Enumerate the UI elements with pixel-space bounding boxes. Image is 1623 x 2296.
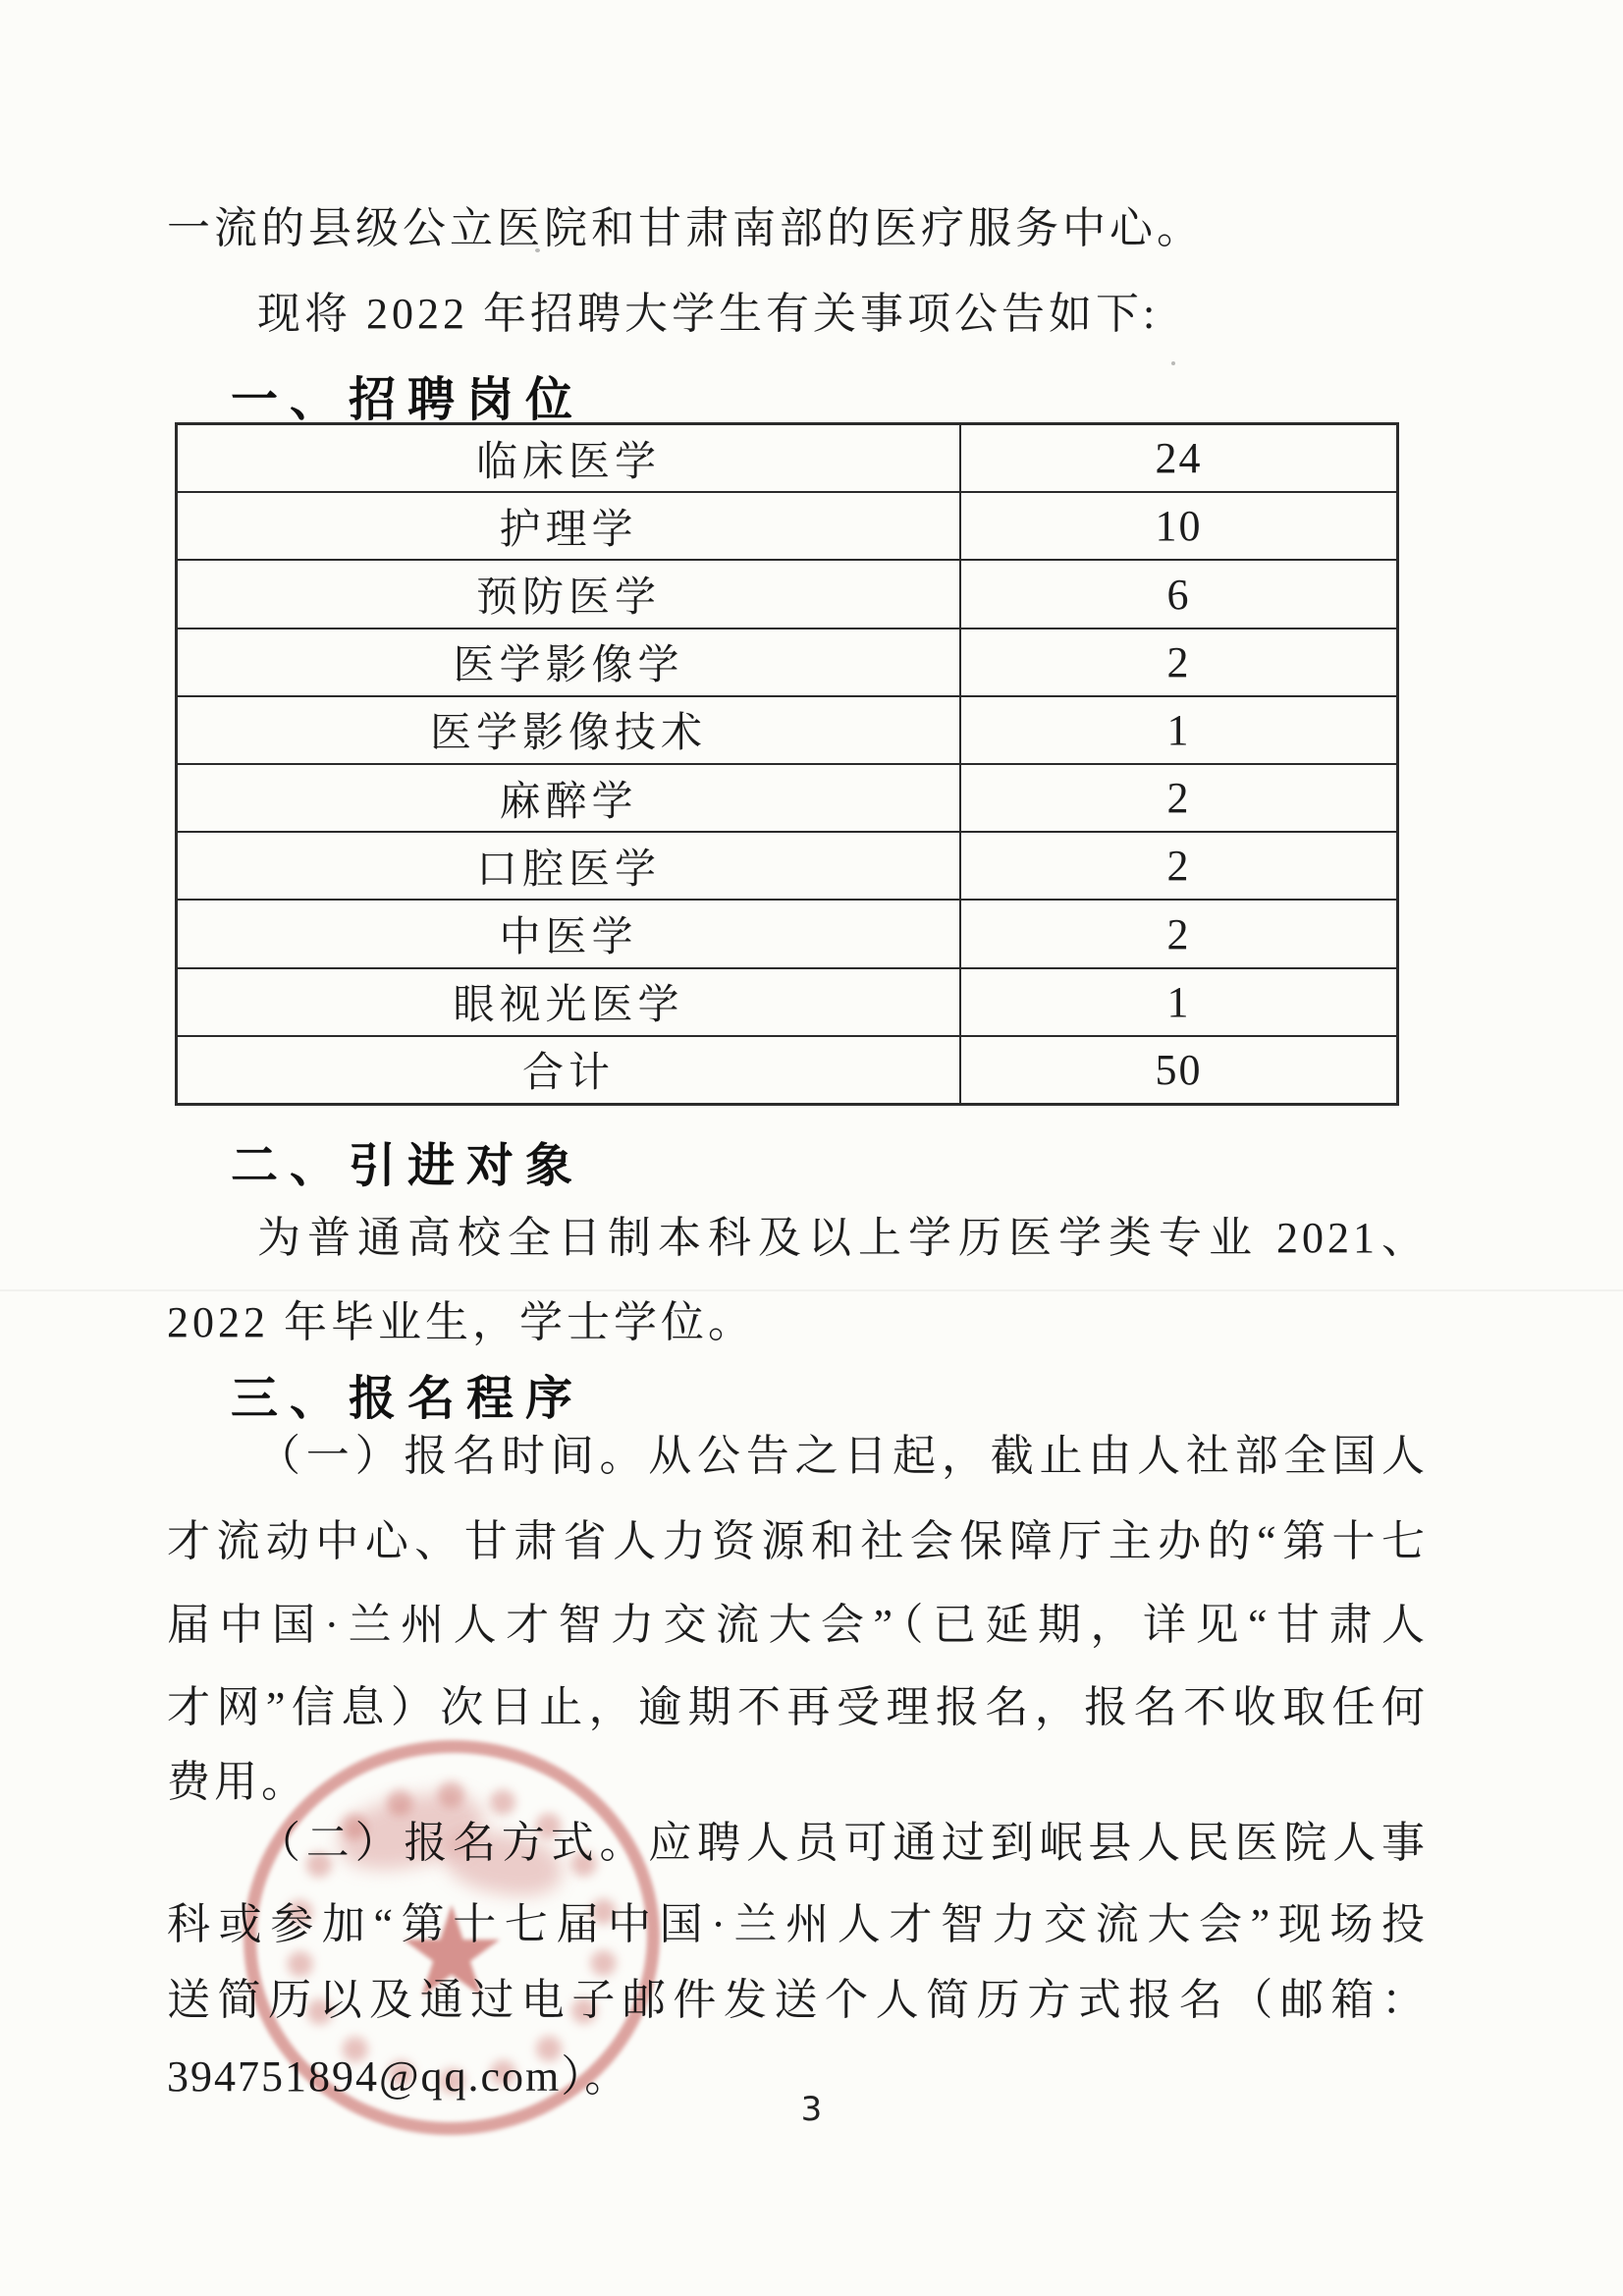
- table-row: 中医学 2: [178, 899, 1396, 966]
- para1-line-2: 才流动中心、甘肃省人力资源和社会保障厅主办的“第十七: [167, 1517, 1429, 1567]
- major-cell: 护理学: [178, 493, 961, 559]
- table-row: 眼视光医学 1: [178, 967, 1396, 1035]
- count-cell: 2: [961, 629, 1396, 695]
- major-cell: 临床医学: [178, 425, 961, 491]
- recruitment-positions-table: 临床医学 24 护理学 10 预防医学 6 医学影像学 2 医学影像技术 1 麻…: [175, 422, 1399, 1106]
- table-row: 麻醉学 2: [178, 763, 1396, 831]
- page-number: 3: [0, 2090, 1623, 2129]
- table-row: 临床医学 24: [178, 425, 1396, 491]
- major-cell: 口腔医学: [178, 833, 961, 899]
- major-cell: 合计: [178, 1037, 961, 1103]
- scan-speck: [535, 248, 540, 252]
- section2-line-1: 为普通高校全日制本科及以上学历医学类专业 2021、: [167, 1214, 1429, 1264]
- section-heading-recruitment-positions: 一、招聘岗位: [231, 361, 584, 429]
- para1-line-5: 费用。: [167, 1758, 1429, 1808]
- intro-line-2: 现将 2022 年招聘大学生有关事项公告如下:: [167, 290, 1429, 340]
- major-cell: 中医学: [178, 901, 961, 966]
- section-heading-target-candidates: 二、引进对象: [231, 1127, 584, 1195]
- scan-artifact-line: [0, 1289, 1623, 1291]
- count-cell: 1: [961, 697, 1396, 763]
- para1-line-4: 才网”信息）次日止，逾期不再受理报名，报名不收取任何: [167, 1683, 1429, 1733]
- table-row-total: 合计 50: [178, 1035, 1396, 1103]
- para2-line-2: 科或参加“第十七届中国·兰州人才智力交流大会”现场投: [167, 1900, 1429, 1950]
- count-cell: 2: [961, 765, 1396, 831]
- intro-line-1: 一流的县级公立医院和甘肃南部的医疗服务中心。: [167, 204, 1429, 254]
- major-cell: 医学影像学: [178, 629, 961, 695]
- count-cell: 6: [961, 561, 1396, 627]
- para2-line-1: （二）报名方式。应聘人员可通过到岷县人民医院人事: [167, 1819, 1429, 1869]
- scanned-document-page: 一流的县级公立医院和甘肃南部的医疗服务中心。 现将 2022 年招聘大学生有关事…: [0, 0, 1623, 2296]
- count-cell: 2: [961, 833, 1396, 899]
- table-row: 医学影像技术 1: [178, 695, 1396, 763]
- section-heading-registration-procedure: 三、报名程序: [231, 1360, 584, 1428]
- para1-line-3: 届中国·兰州人才智力交流大会”（已延期，详见“甘肃人: [167, 1601, 1429, 1651]
- table-row: 医学影像学 2: [178, 628, 1396, 695]
- major-cell: 预防医学: [178, 561, 961, 627]
- para1-line-1: （一）报名时间。从公告之日起，截止由人社部全国人: [167, 1432, 1429, 1482]
- count-cell: 10: [961, 493, 1396, 559]
- count-cell: 50: [961, 1037, 1396, 1103]
- count-cell: 2: [961, 901, 1396, 966]
- para2-line-3: 送简历以及通过电子邮件发送个人简历方式报名（邮箱：: [167, 1976, 1429, 2026]
- table-row: 预防医学 6: [178, 559, 1396, 627]
- count-cell: 24: [961, 425, 1396, 491]
- section2-line-2: 2022 年毕业生，学士学位。: [167, 1298, 1429, 1348]
- scan-speck: [1171, 361, 1175, 365]
- table-row: 口腔医学 2: [178, 831, 1396, 899]
- count-cell: 1: [961, 969, 1396, 1035]
- major-cell: 医学影像技术: [178, 697, 961, 763]
- table-row: 护理学 10: [178, 491, 1396, 559]
- major-cell: 眼视光医学: [178, 969, 961, 1035]
- major-cell: 麻醉学: [178, 765, 961, 831]
